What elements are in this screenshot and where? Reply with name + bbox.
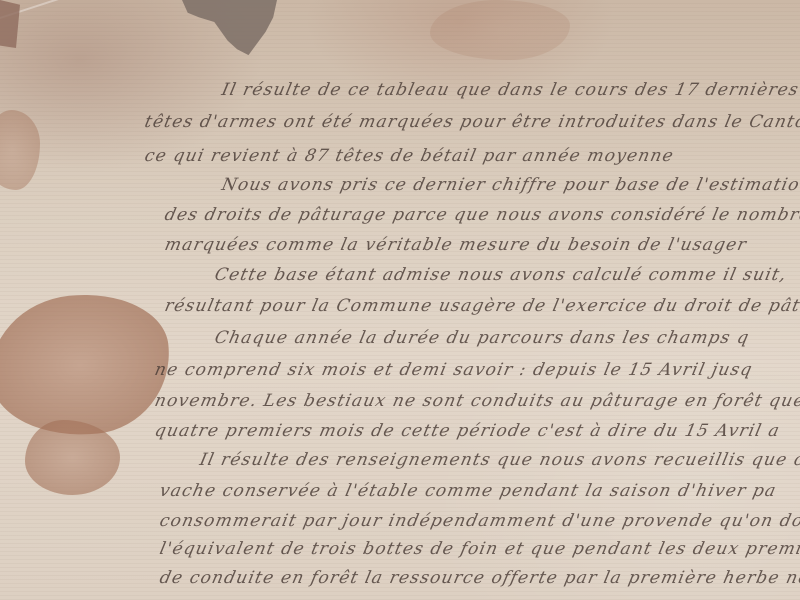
manuscript-line: têtes d'armes ont été marquées pour être… [143, 112, 800, 132]
manuscript-line: marquées comme la véritable mesure du be… [163, 235, 749, 255]
manuscript-line: l'équivalent de trois bottes de foin et … [158, 539, 800, 559]
manuscript-line: Cette base étant admise nous avons calcu… [213, 265, 789, 285]
manuscript-line: Il résulte des renseignements que nous a… [198, 450, 800, 470]
handwritten-manuscript: Il résulte de ce tableau que dans le cou… [0, 0, 800, 600]
manuscript-line: de conduite en forêt la ressource offert… [158, 568, 800, 588]
manuscript-line: consommerait par jour indépendamment d'u… [158, 511, 800, 531]
manuscript-line: résultant pour la Commune usagère de l'e… [163, 296, 800, 316]
manuscript-line: Nous avons pris ce dernier chiffre pour … [220, 175, 800, 195]
manuscript-line: ne comprend six mois et demi savoir : de… [153, 360, 755, 380]
manuscript-line: des droits de pâturage parce que nous av… [163, 205, 800, 225]
manuscript-line: novembre. Les bestiaux ne sont conduits … [153, 391, 800, 411]
manuscript-line: quatre premiers mois de cette période c'… [153, 421, 782, 441]
manuscript-line: Chaque année la durée du parcours dans l… [213, 328, 752, 348]
manuscript-line: Il résulte de ce tableau que dans le cou… [220, 80, 800, 100]
manuscript-line: ce qui revient à 87 têtes de bétail par … [143, 146, 676, 166]
manuscript-line: vache conservée à l'étable comme pendant… [158, 481, 779, 501]
